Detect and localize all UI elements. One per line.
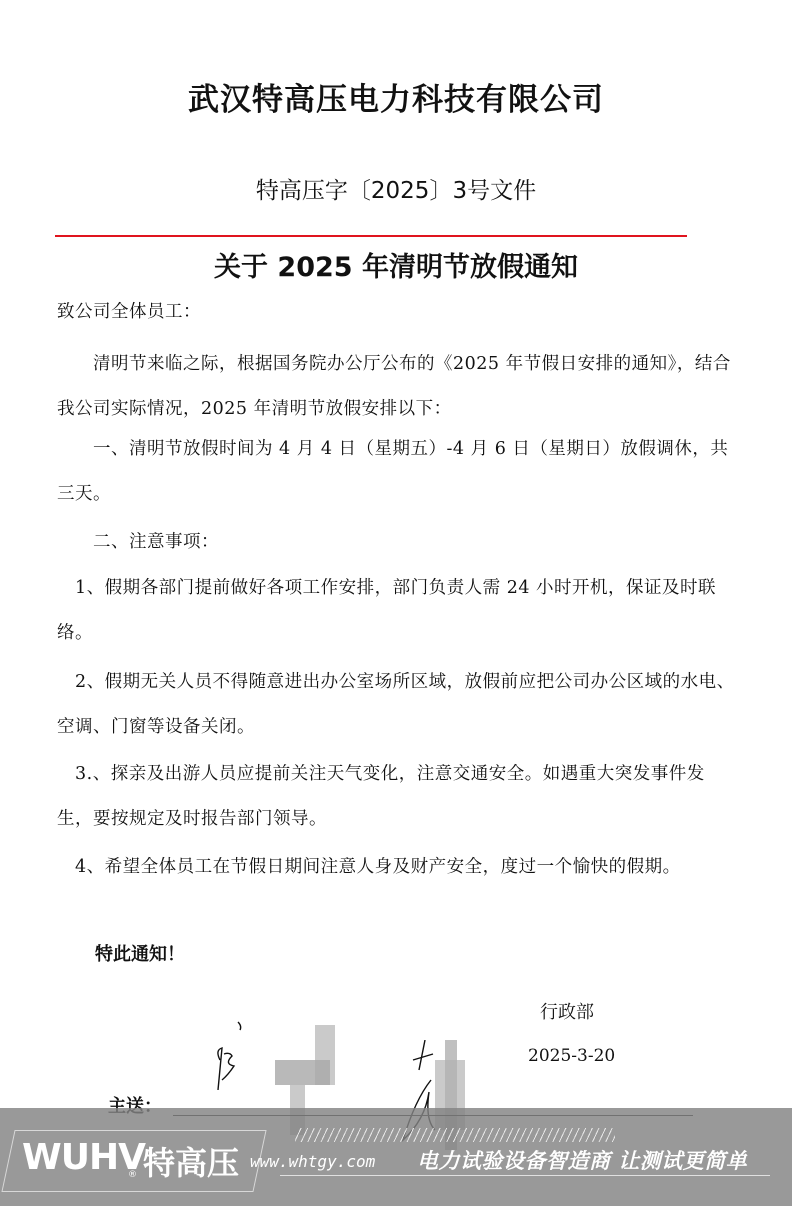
slogan-underline <box>280 1175 770 1176</box>
issuing-department: 行政部 <box>540 998 594 1024</box>
signature-scribble-1-icon <box>210 1020 270 1090</box>
slogan: 电力试验设备智造商 让测试更简单 <box>417 1145 747 1175</box>
brand-name-cn: 特高压 <box>143 1138 239 1184</box>
paragraph-note-2: 2、假期无关人员不得随意进出办公室场所区域，放假前应把公司办公区域的水电、空调、… <box>57 660 737 750</box>
organization-name: 武汉特高压电力科技有限公司 <box>0 74 792 119</box>
paragraph-note-3: 3.、探亲及出游人员应提前关注天气变化，注意交通安全。如遇重大突发事件发生，要按… <box>57 752 737 842</box>
hatch-decoration <box>295 1128 615 1142</box>
notice-title: 关于 2025 年清明节放假通知 <box>0 245 792 284</box>
paragraph-note-1: 1、假期各部门提前做好各项工作安排，部门负责人需 24 小时开机，保证及时联络。 <box>57 566 737 656</box>
registered-mark-icon: ® <box>128 1170 137 1180</box>
issue-date: 2025-3-20 <box>528 1046 615 1066</box>
red-header-rule <box>55 235 687 237</box>
paragraph-intro: 清明节来临之际，根据国务院办公厅公布的《2025 年节假日安排的通知》，结合我公… <box>57 342 737 432</box>
paragraph-notes-heading: 二、注意事项： <box>57 520 737 565</box>
website-url: www.whtgy.com <box>250 1152 375 1171</box>
closing-line: 特此通知！ <box>95 940 185 966</box>
paragraph-holiday-dates: 一、清明节放假时间为 4 月 4 日（星期五）-4 月 6 日（星期日）放假调休… <box>57 427 737 517</box>
brand-logo: WUHV <box>22 1137 145 1178</box>
document-number: 特高压字〔2025〕3号文件 <box>0 172 792 205</box>
greeting: 致公司全体员工： <box>57 290 737 335</box>
paragraph-note-4: 4、希望全体员工在节假日期间注意人身及财产安全，度过一个愉快的假期。 <box>57 845 737 890</box>
